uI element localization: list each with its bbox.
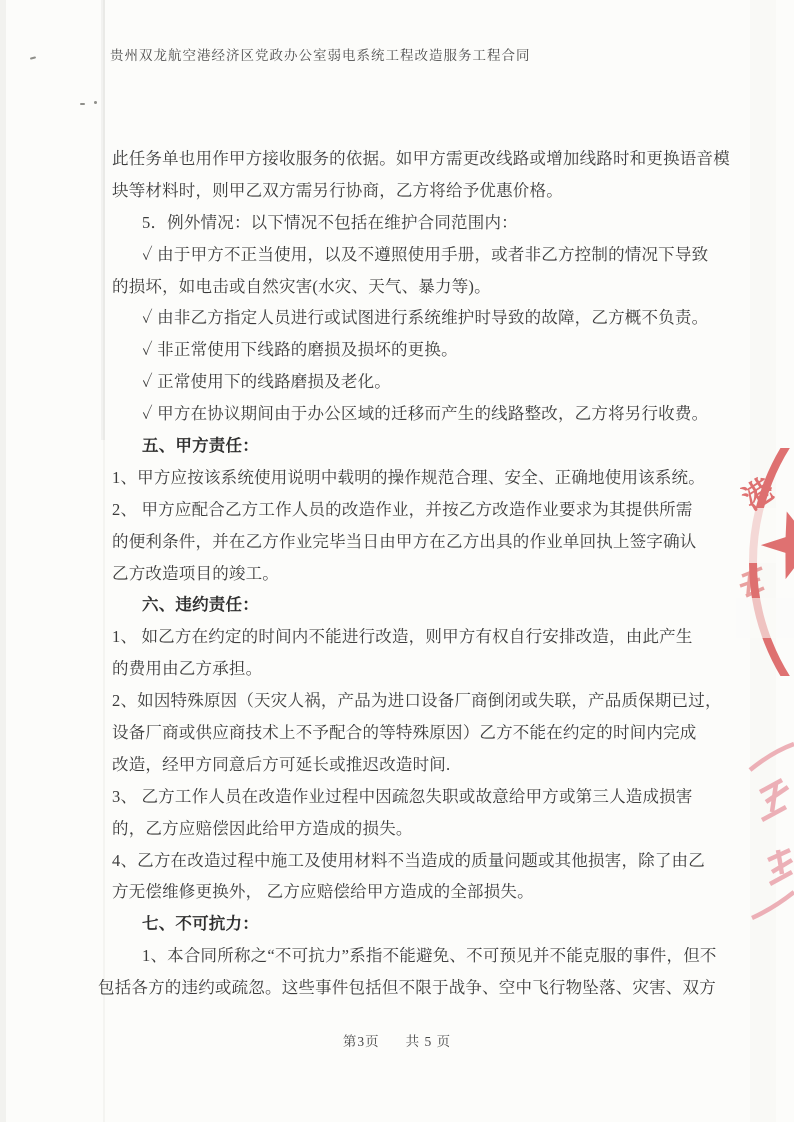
page-footer: 第3页共 5 页 xyxy=(0,1030,794,1050)
text-line-20: 3、 乙方工作人员在改造作业过程中因疏忽失职或故意给甲方或第三人造成损害 xyxy=(98,781,758,813)
scan-edge-shade-left xyxy=(0,0,6,1122)
contract-header-title: 贵州双龙航空港经济区党政办公室弱电系统工程改造服务工程合同 xyxy=(110,44,531,64)
footer-page-number: 第3页 xyxy=(343,1034,380,1049)
text-line-0: 此任务单也用作甲方接收服务的依据。如甲方需更改线路或增加线路时和更换语音模 xyxy=(98,143,758,175)
text-line-19: 改造，经甲方同意后方可延长或推迟改造时间. xyxy=(98,749,758,781)
text-line-7: ✓ 正常使用下的线路磨损及老化。 xyxy=(98,366,758,398)
footer-total-pages: 共 5 页 xyxy=(406,1034,452,1049)
text-line-4: 的损坏，如电击或自然灾害(水灾、天气、暴力等)。 xyxy=(98,271,758,303)
text-line-24: 七、不可抗力： xyxy=(98,908,758,940)
text-line-25: 1、本合同所称之“不可抗力”系指不能避免、不可预见并不能克服的事件，但不 xyxy=(98,940,758,972)
text-line-11: 2、 甲方应配合乙方工作人员的改造作业，并按乙方改造作业要求为其提供所需 xyxy=(98,494,758,526)
text-line-2: 5．例外情况：以下情况不包括在维护合同范围内： xyxy=(98,207,758,239)
text-line-3: ✓ 由于甲方不正当使用，以及不遵照使用手册，或者非乙方控制的情况下导致 xyxy=(98,239,758,271)
text-line-8: ✓ 甲方在协议期间由于办公区域的迁移而产生的线路整改，乙方将另行收费。 xyxy=(98,398,758,430)
text-line-1: 块等材料时，则甲乙双方需另行协商，乙方将给予优惠价格。 xyxy=(98,175,758,207)
text-line-5: ✓ 由非乙方指定人员进行或试图进行系统维护时导致的故障，乙方概不负责。 xyxy=(98,302,758,334)
text-line-13: 乙方改造项目的竣工。 xyxy=(98,558,758,590)
text-line-16: 的费用由乙方承担。 xyxy=(98,653,758,685)
scan-speck xyxy=(80,103,85,105)
text-line-26: 包括各方的违约或疏忽。这些事件包括但不限于战争、空中飞行物坠落、灾害、双方 xyxy=(98,972,758,1004)
contract-body: 此任务单也用作甲方接收服务的依据。如甲方需更改线路或增加线路时和更换语音模块等材… xyxy=(98,143,758,1004)
text-line-17: 2、如因特殊原因（天灾人祸，产品为进口设备厂商倒闭或失联，产品质保期已过， xyxy=(98,685,758,717)
scan-speck xyxy=(94,101,97,104)
scanned-contract-page: { "header": { "title": "贵州双龙航空港经济区党政办公室弱… xyxy=(0,0,794,1122)
text-line-15: 1、 如乙方在约定的时间内不能进行改造，则甲方有权自行安排改造，由此产生 xyxy=(98,621,758,653)
text-line-14: 六、违约责任： xyxy=(98,589,758,621)
text-line-12: 的便利条件，并在乙方作业完毕当日由甲方在乙方出具的作业单回执上签字确认 xyxy=(98,526,758,558)
scan-speck xyxy=(30,56,36,59)
text-line-6: ✓ 非正常使用下线路的磨损及损坏的更换。 xyxy=(98,334,758,366)
text-line-22: 4、乙方在改造过程中施工及使用材料不当造成的质量问题或其他损害，除了由乙 xyxy=(98,845,758,877)
text-line-23: 方无偿维修更换外， 乙方应赔偿给甲方造成的全部损失。 xyxy=(98,876,758,908)
text-line-10: 1、甲方应按该系统使用说明中载明的操作规范合理、安全、正确地使用该系统。 xyxy=(98,462,758,494)
text-line-9: 五、甲方责任： xyxy=(98,430,758,462)
text-line-21: 的，乙方应赔偿因此给甲方造成的损失。 xyxy=(98,813,758,845)
text-line-18: 设备厂商或供应商技术上不予配合的等特殊原因）乙方不能在约定的时间内完成 xyxy=(98,717,758,749)
